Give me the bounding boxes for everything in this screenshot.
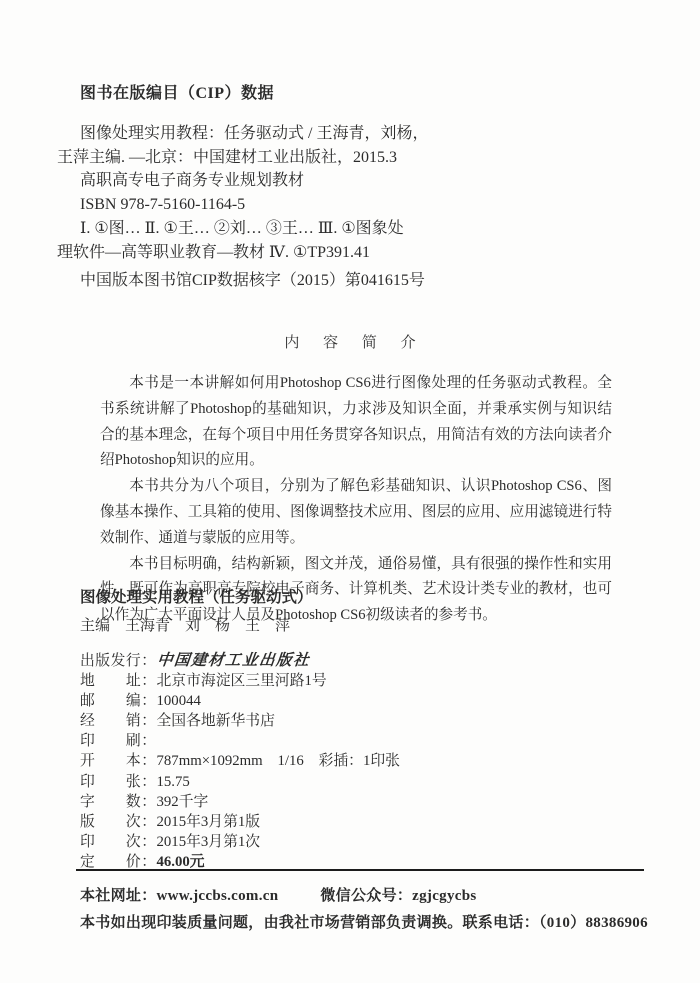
colophon-row-impression: 印 次：2015年3月第1次 [80,832,660,852]
cip-heading: 图书在版编目（CIP）数据 [0,84,700,104]
colophon-row-label: 印 刷： [80,733,157,749]
abstract-section: 内 容 简 介 本书是一本讲解如何用Photoshop CS6进行图像处理的任务… [0,334,700,629]
colophon-row-value: 全国各地新华书店 [157,713,275,729]
colophon-rows: 出版发行：中国建材工业出版社 地 址：北京市海淀区三里河路1号 邮 编：1000… [80,651,660,872]
colophon-row-value: 46.00元 [157,854,205,870]
colophon-row-label: 地 址： [80,673,157,689]
colophon-row-value: 392千字 [157,794,209,810]
copyright-page: 图书在版编目（CIP）数据 图像处理实用教程：任务驱动式 / 王海青，刘杨， 王… [0,0,700,983]
book-title: 图像处理实用教程（任务驱动式） [80,588,660,608]
colophon-row-edition: 版 次：2015年3月第1版 [80,812,660,832]
colophon-row-label: 定 价： [80,854,157,870]
colophon-row-publisher: 出版发行：中国建材工业出版社 [80,651,660,671]
colophon-row-label: 字 数： [80,794,157,810]
colophon-row-value: 北京市海淀区三里河路1号 [157,673,327,689]
colophon-row-zipcode: 邮 编：100044 [80,691,660,711]
colophon-row-format: 开 本：787mm×1092mm 1/16 彩插：1印张 [80,751,660,771]
colophon-row-sheets: 印 张：15.75 [80,772,660,792]
cip-isbn-line: ISBN 978-7-5160-1164-5 [0,193,700,217]
colophon-row-address: 地 址：北京市海淀区三里河路1号 [80,671,660,691]
colophon-row-wordcount: 字 数：392千字 [80,792,660,812]
abstract-title: 内 容 简 介 [0,334,700,352]
abstract-paragraph: 本书共分为八个项目，分别为了解色彩基础知识、认识Photoshop CS6、图像… [100,474,612,551]
abstract-paragraph: 本书是一本讲解如何用Photoshop CS6进行图像处理的任务驱动式教程。全书… [100,371,612,474]
cip-publisher-line: 王萍主编. —北京：中国建材工业出版社，2015.3 [0,146,700,170]
colophon-row-label: 印 次： [80,834,157,850]
cip-block: 图书在版编目（CIP）数据 图像处理实用教程：任务驱动式 / 王海青，刘杨， 王… [0,84,700,293]
editors-line: 主编 王海青 刘 杨 王 萍 [80,616,660,636]
colophon-row-label: 印 张： [80,774,157,790]
colophon-row-value: 2015年3月第1版 [157,814,261,830]
cip-classification: Ⅰ. ①图… Ⅱ. ①王… ②刘… ③王… Ⅲ. ①图象处 理软件—高等职业教育… [0,217,700,264]
colophon-row-label: 版 次： [80,814,157,830]
colophon-row-label: 出版发行： [80,653,157,669]
colophon-row-distribution: 经 销：全国各地新华书店 [80,711,660,731]
colophon-row-label: 邮 编： [80,693,157,709]
colophon-row-value: 100044 [157,693,201,709]
colophon-row-value: 787mm×1092mm 1/16 彩插：1印张 [157,753,400,769]
cip-classification-line: Ⅰ. ①图… Ⅱ. ①王… ②刘… ③王… Ⅲ. ①图象处 [0,217,700,241]
colophon-row-label: 经 销： [80,713,157,729]
cip-series-line: 高职高专电子商务专业规划教材 [0,169,700,193]
colophon-row-printing: 印 刷： [80,731,660,751]
footer-website: 本社网址：www.jccbs.com.cn [80,888,278,904]
footer-wechat: 微信公众号：zgjcgycbs [320,888,476,904]
colophon-row-label: 开 本： [80,753,157,769]
cip-title-line: 图像处理实用教程：任务驱动式 / 王海青，刘杨， [0,122,700,146]
footer-section: 本社网址：www.jccbs.com.cn微信公众号：zgjcgycbs 本书如… [80,883,660,937]
footer-contact-line: 本社网址：www.jccbs.com.cn微信公众号：zgjcgycbs [80,883,660,910]
publisher-logotype: 中国建材工业出版社 [155,651,310,671]
footer-quality-note: 本书如出现印装质量问题，由我社市场营销部负责调换。联系电话：（010）88386… [80,910,660,937]
colophon-section: 图像处理实用教程（任务驱动式） 主编 王海青 刘 杨 王 萍 出版发行：中国建材… [80,588,660,872]
divider-rule [76,869,644,871]
cip-classification-line: 理软件—高等职业教育—教材 Ⅳ. ①TP391.41 [0,241,700,265]
cip-record-number: 中国版本图书馆CIP数据核字（2015）第041615号 [0,269,700,293]
colophon-row-value: 2015年3月第1次 [157,834,261,850]
colophon-row-value: 15.75 [157,774,190,790]
